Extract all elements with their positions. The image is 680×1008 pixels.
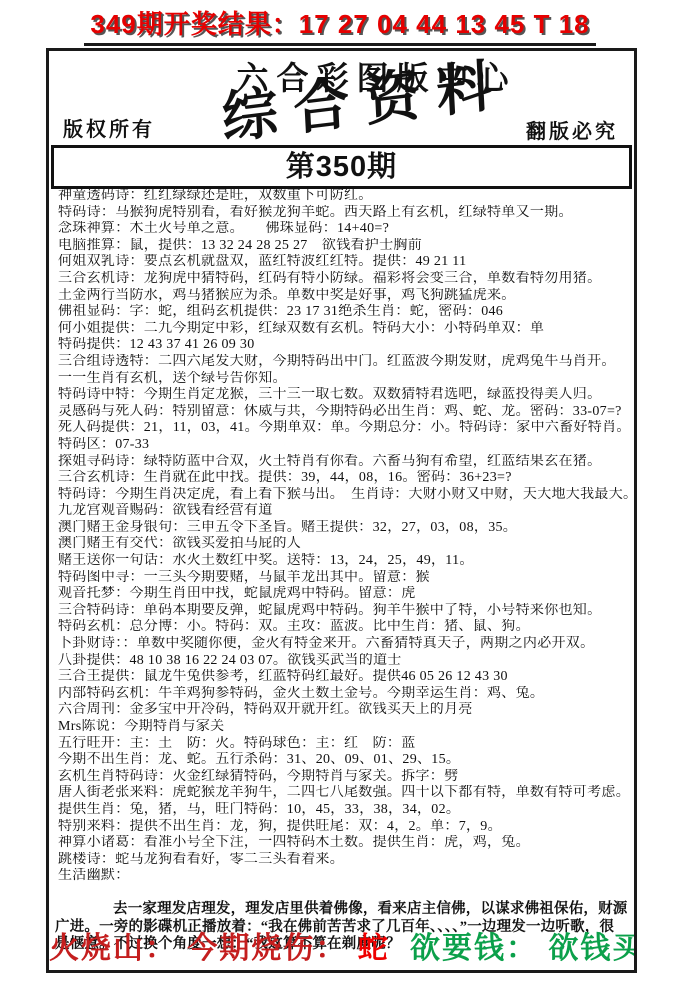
issue-number-box: 第350期	[51, 145, 632, 189]
body-line: 五行旺开：主：土 防：火。特码球色：主：红 防：蓝	[58, 736, 630, 753]
body-line: 三合玄机诗：龙狗虎中猜特码，红码有特小防绿。福彩将会变三合，单数看特勿用猪。	[58, 271, 630, 288]
body-line: 八卦提供：48 10 38 16 22 24 03 07。欲钱买武当的道士	[58, 653, 630, 670]
copyright-right: 翻版必究	[526, 115, 618, 144]
body-line: 一一生肖有玄机，送个绿号告你知。	[58, 371, 630, 388]
body-line: 卜卦财诗：：单数中奖随你便，金火有特金来开。六畜猜特真天子，两期之内必开双。	[58, 636, 630, 653]
body-line: 神童透码诗：红红绿绿还是旺，双数重下可防红。	[58, 188, 630, 205]
body-line: 神算小诸葛：看准小号全下注，一四特码木土数。提供生肖：虎，鸡，兔。	[58, 835, 630, 852]
body-line: 电脑推算：鼠，提供：13 32 24 28 25 27 欲钱看护士胸前	[58, 238, 630, 255]
body-line: 何姐双乳诗：要点玄机就盘双，蓝红特波红红特。提供：49 21 11	[58, 254, 630, 271]
body-line: 内部特码玄机：牛羊鸡狗参特码，金火土数土金号。今期幸运生肖：鸡、兔。	[58, 686, 630, 703]
footer-strip: 火烧山： 今期烧伤： 蛇 欲要钱： 欲钱买一身是宝动物	[49, 923, 634, 967]
body-lines: 神童透码诗：红红绿绿还是旺，双数重下可防红。特码诗：马猴狗虎特别看，看好猴龙狗羊…	[58, 188, 630, 885]
draw-result-header: 349期开奖结果：17 27 04 44 13 45 T 18	[0, 4, 680, 46]
body-line: 生活幽默：	[58, 868, 630, 885]
body-line: 澳门赌王有交代：欲钱买爱拍马屁的人	[58, 536, 630, 553]
body-line: 九龙宫观音赐码：欲钱看经营有道	[58, 503, 630, 520]
footer-money-label: 欲要钱：	[410, 923, 538, 967]
body-line: 特别来料：提供不出生肖：龙，狗，提供旺尾：双：4，2。单：7，9。	[58, 819, 630, 836]
body-line: 三合特码诗：单码本期要反弹，蛇鼠虎鸡中特码。狗羊牛猴中了特，小号特来你也知。	[58, 603, 630, 620]
body-line: 三合王提供：鼠龙牛兔供参考，红蓝特码红最好。提供46 05 26 12 43 3…	[58, 669, 630, 686]
body-line: 跳楼诗：蛇马龙狗看看好，零二三头看着来。	[58, 852, 630, 869]
body-line: 六合周刊：金多宝中开冷码，特码双开就开红。欲钱买天上的月亮	[58, 702, 630, 719]
body-line: 观音托梦：今期生肖田中找，蛇鼠虎鸡中特码。留意：虎	[58, 586, 630, 603]
body-line: 赌王送你一句话：水火土数红中奖。送特：13，24，25，49，11。	[58, 553, 630, 570]
body-line: 探姐寻码诗：绿特防蓝中合双，火土特肖有你看。六畜马狗有希望，红蓝结果玄在猪。	[58, 454, 630, 471]
body-line: 特码图中寻：一三头今期要赌，马鼠羊龙出其中。留意：猴	[58, 570, 630, 587]
copyright-left: 版权所有	[63, 113, 155, 142]
body-line: 特码提供：12 43 37 41 26 09 30	[58, 337, 630, 354]
body-line: 何小姐提供：二九今期定中彩，红绿双数有玄机。特码大小：小特码单双：单	[58, 321, 630, 338]
body-line: 特码区：07-33	[58, 437, 630, 454]
body-line: Mrs陈说：今期特肖与家关	[58, 719, 630, 736]
body-line: 特码诗中特：今期生肖定龙猴，三十三一取七数。双数猜特君选吧，绿蓝投得美人归。	[58, 387, 630, 404]
body-line: 灵感码与死人码：特别留意：休威与共，今期特码必出生肖：鸡、蛇、龙。密码：33-0…	[58, 404, 630, 421]
body-line: 佛祖显码：字：蛇，组码玄机提供：23 17 31绝杀生肖：蛇，密码：046	[58, 304, 630, 321]
sheet-header: 六合彩图版中心 综合资料 版权所有 翻版必究	[49, 51, 634, 145]
footer-money-text: 欲钱买一身是宝动物	[548, 923, 637, 967]
footer-fire-label: 火烧山：	[49, 923, 177, 967]
body-line: 特码诗：今期生肖决定虎，看上看下猴马出。 生肖诗：大财小财又中财，天大地大我最大…	[58, 487, 630, 504]
footer-fire-animal: 蛇	[358, 923, 390, 967]
draw-result-text: 349期开奖结果：17 27 04 44 13 45 T 18	[84, 4, 595, 46]
body-line: 三合组诗透特：二四六尾发大财，今期特码出中门。红蓝波今期发财，虎鸡兔牛马肖开。	[58, 354, 630, 371]
body-line: 特码诗：马猴狗虎特别看，看好猴龙狗羊蛇。西天路上有玄机，红绿特单又一期。	[58, 205, 630, 222]
body-line: 三合玄机诗：生肖就在此中找。提供：39，44，08，16。密码：36+23=?	[58, 470, 630, 487]
body-line: 死人码提供：21，11，03，41。今期单双：单。今期总分：小。特码诗：家中六畜…	[58, 420, 630, 437]
main-sheet-frame: 六合彩图版中心 综合资料 版权所有 翻版必究 第350期 神童透码诗：红红绿绿还…	[46, 48, 637, 973]
body-line: 玄机生肖特码诗：火金红绿猜特码，今期特肖与家关。拆字：劈	[58, 769, 630, 786]
body-line: 特码玄机：总分博：小。特码：双。主攻：蓝波。比中生肖：猪、鼠、狗。	[58, 619, 630, 636]
body-line: 土金两行当防水，鸡马猪猴应为杀。单数中奖是好事，鸡飞狗跳猛虎来。	[58, 288, 630, 305]
body-line: 今期不出生肖：龙、蛇。五行杀码：31、20、09、01、29、15。	[58, 752, 630, 769]
body-line: 念珠神算：木土火号单之意。 佛珠显码：14+40=?	[58, 221, 630, 238]
body-line: 提供生肖：兔，猪，马，旺门特码：10，45，33，38，34，02。	[58, 802, 630, 819]
body-line: 唐人街老张来料：虎蛇猴龙羊狗牛，二四七八尾数强。四十以下都有特，单数有特可考虑。	[58, 785, 630, 802]
body-line: 澳门赌王金身银句：三申五令下圣旨。赌王提供：32，27，03，08，35。	[58, 520, 630, 537]
footer-fire-text: 今期烧伤：	[187, 923, 347, 967]
